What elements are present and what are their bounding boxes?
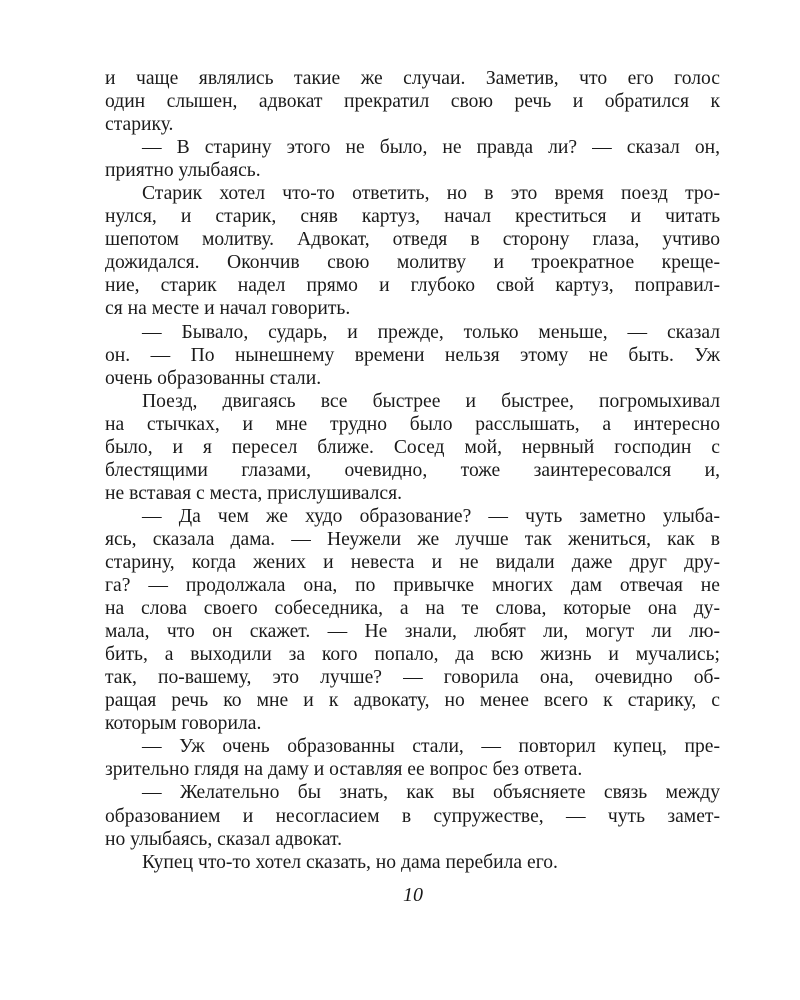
text-line: старику. [105,113,720,136]
text-line: — В старину этого не было, не правда ли?… [105,136,720,159]
page-number: 10 [0,884,800,907]
text-line: на стычках, и мне трудно было расслышать… [105,413,720,436]
text-line: га? — продолжала она, по привычке многих… [105,574,720,597]
text-line: дожидался. Окончив свою молитву и троекр… [105,251,720,274]
text-line: ние, старик надел прямо и глубоко свой к… [105,274,720,297]
text-line: блестящими глазами, очевидно, тоже заинт… [105,459,720,482]
text-line: приятно улыбаясь. [105,159,720,182]
text-line: очень образованны стали. [105,367,720,390]
text-line: и чаще являлись такие же случаи. Заметив… [105,67,720,90]
text-line: — Да чем же худо образование? — чуть зам… [105,505,720,528]
text-line: ясь, сказала дама. — Неужели же лучше та… [105,528,720,551]
text-line: Поезд, двигаясь все быстрее и быстрее, п… [105,390,720,413]
text-line: — Желательно бы знать, как вы объясняете… [105,781,720,804]
text-line: старину, когда жених и невеста и не вида… [105,551,720,574]
text-line: — Бывало, сударь, и прежде, только меньш… [105,321,720,344]
text-line: — Уж очень образованны стали, — повторил… [105,735,720,758]
text-line: бить, а выходили за кого попало, да всю … [105,643,720,666]
text-line: один слышен, адвокат прекратил свою речь… [105,90,720,113]
text-line: Старик хотел что-то ответить, но в это в… [105,182,720,205]
text-line: но улыбаясь, сказал адвокат. [105,828,720,851]
text-line: ращая речь ко мне и к адвокату, но менее… [105,689,720,712]
text-line: было, и я пересел ближе. Сосед мой, нерв… [105,436,720,459]
text-line: шепотом молитву. Адвокат, отведя в сторо… [105,228,720,251]
text-line: не вставая с места, прислушивался. [105,482,720,505]
text-line: образованием и несогласием в супружестве… [105,805,720,828]
text-line: Купец что-то хотел сказать, но дама пере… [105,851,720,874]
text-line: мала, что он скажет. — Не знали, любят л… [105,620,720,643]
text-line: которым говорила. [105,712,720,735]
page-body: и чаще являлись такие же случаи. Заметив… [105,67,720,874]
text-line: так, по-вашему, это лучше? — говорила он… [105,666,720,689]
text-line: зрительно глядя на даму и оставляя ее во… [105,758,720,781]
text-line: нулся, и старик, сняв картуз, начал крес… [105,205,720,228]
text-line: ся на месте и начал говорить. [105,297,720,320]
text-line: на слова своего собеседника, а на те сло… [105,597,720,620]
text-line: он. — По нынешнему времени нельзя этому … [105,344,720,367]
